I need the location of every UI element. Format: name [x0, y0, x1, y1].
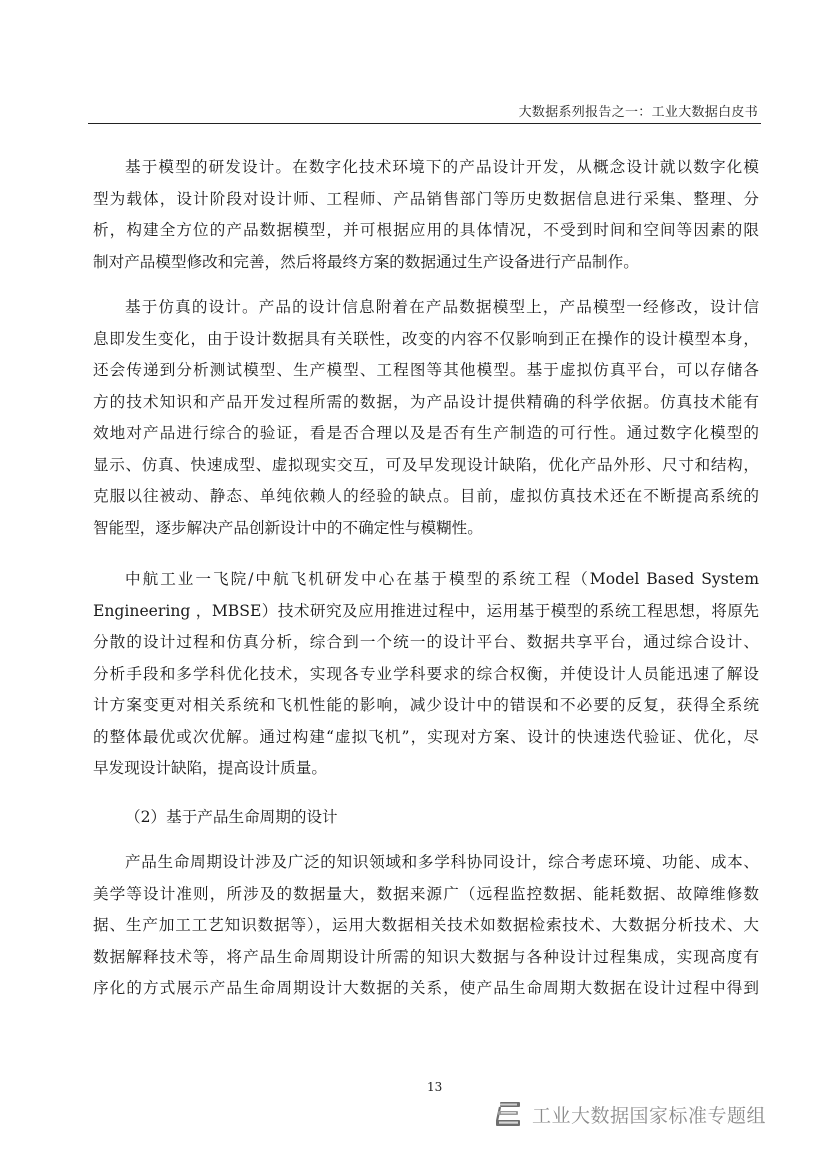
section-heading: （2）基于产品生命周期的设计	[93, 802, 759, 834]
text-line: 基于仿真的设计。产品的设计信息附着在产品数据模型上，产品模型一经修改，设计信	[93, 292, 759, 324]
text-line: 还会传递到分析测试模型、生产模型、工程图等其他模型。基于虚拟仿真平台，可以存储各	[93, 355, 759, 387]
paragraph-lifecycle-design: 产品生命周期设计涉及广泛的知识领域和多学科协同设计，综合考虑环境、功能、成本、 …	[93, 847, 759, 1005]
page-header: 大数据系列报告之一：工业大数据白皮书	[88, 100, 761, 124]
text-line: 数据解释技术等，将产品生命周期设计所需的知识大数据与各种设计过程集成，实现高度有	[93, 942, 759, 974]
text-line: 计方案变更对相关系统和飞机性能的影响，减少设计中的错误和不必要的反复，获得全系统	[93, 690, 759, 722]
text-line: Engineering ，MBSE）技术研究及应用推进过程中，运用基于模型的系统…	[93, 596, 759, 628]
footer-logo-text: 工业大数据国家标准专题组	[532, 1101, 766, 1128]
paragraph-simulation-design: 基于仿真的设计。产品的设计信息附着在产品数据模型上，产品模型一经修改，设计信 息…	[93, 292, 759, 544]
text-line: 中航工业一飞院/中航飞机研发中心在基于模型的系统工程（Model Based S…	[93, 564, 759, 596]
text-line: 型为载体，设计阶段对设计师、工程师、产品销售部门等历史数据信息进行采集、整理、分	[93, 184, 759, 216]
paragraph-model-based-design: 基于模型的研发设计。在数字化技术环境下的产品设计开发，从概念设计就以数字化模 型…	[93, 152, 759, 278]
book-stack-icon	[494, 1099, 524, 1129]
text-line: 分析手段和多学科优化技术，实现各专业学科要求的综合权衡，并使设计人员能迅速了解设	[93, 659, 759, 691]
text-line: 克服以往被动、静态、单纯依赖人的经验的缺点。目前，虚拟仿真技术还在不断提高系统的	[93, 481, 759, 513]
text-line: 显示、仿真、快速成型、虚拟现实交互，可及早发现设计缺陷，优化产品外形、尺寸和结构…	[93, 450, 759, 482]
footer-logo: 工业大数据国家标准专题组	[494, 1099, 766, 1129]
paragraph-mbse-case: 中航工业一飞院/中航飞机研发中心在基于模型的系统工程（Model Based S…	[93, 564, 759, 785]
text-line: 效地对产品进行综合的验证，看是否合理以及是否有生产制造的可行性。通过数字化模型的	[93, 418, 759, 450]
text-line: 制对产品模型修改和完善，然后将最终方案的数据通过生产设备进行产品制作。	[93, 247, 759, 279]
text-line: 的整体最优或次优解。通过构建“虚拟飞机”，实现对方案、设计的快速迭代验证、优化，…	[93, 722, 759, 754]
header-title: 大数据系列报告之一：工业大数据白皮书	[519, 101, 758, 120]
text-line: 息即发生变化，由于设计数据具有关联性，改变的内容不仅影响到正在操作的设计模型本身…	[93, 324, 759, 356]
text-line: 美学等设计准则，所涉及的数据量大，数据来源广（远程监控数据、能耗数据、故障维修数	[93, 879, 759, 911]
text-line: 基于模型的研发设计。在数字化技术环境下的产品设计开发，从概念设计就以数字化模	[93, 152, 759, 184]
text-line: 产品生命周期设计涉及广泛的知识领域和多学科协同设计，综合考虑环境、功能、成本、	[93, 847, 759, 879]
text-line: 据、生产加工工艺知识数据等），运用大数据相关技术如数据检索技术、大数据分析技术、…	[93, 910, 759, 942]
text-line: 析，构建全方位的产品数据模型，并可根据应用的具体情况，不受到时间和空间等因素的限	[93, 215, 759, 247]
text-line: 序化的方式展示产品生命周期设计大数据的关系，使产品生命周期大数据在设计过程中得到	[93, 973, 759, 1005]
text-line: 早发现设计缺陷，提高设计质量。	[93, 753, 759, 785]
page-number: 13	[427, 1080, 442, 1094]
document-body: 基于模型的研发设计。在数字化技术环境下的产品设计开发，从概念设计就以数字化模 型…	[93, 152, 759, 1005]
text-line: 智能型，逐步解决产品创新设计中的不确定性与模糊性。	[93, 513, 759, 545]
text-line: 分散的设计过程和仿真分析，综合到一个统一的设计平台、数据共享平台，通过综合设计、	[93, 627, 759, 659]
text-line: 方的技术知识和产品开发过程所需的数据，为产品设计提供精确的科学依据。仿真技术能有	[93, 387, 759, 419]
